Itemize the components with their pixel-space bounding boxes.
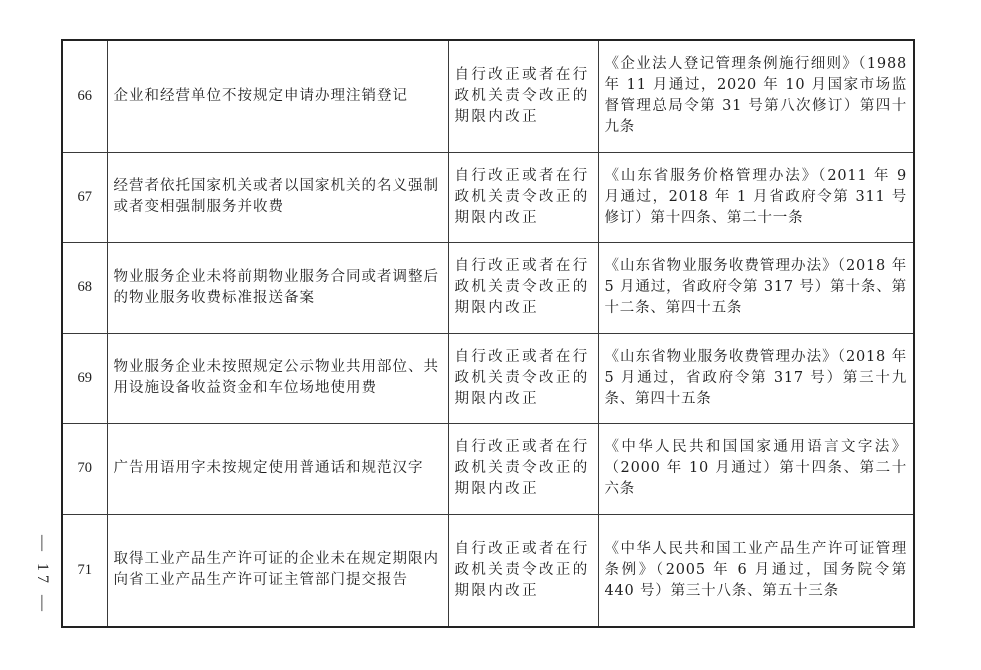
page-number-label: — 17 —: [33, 535, 51, 615]
legal-basis: 《山东省物业服务收费管理办法》（2018 年 5 月通过，省政府令第 317 号…: [598, 242, 914, 333]
correction-mode: 自行改正或者在行政机关责令改正的期限内改正: [448, 333, 598, 423]
violation-description: 企业和经营单位不按规定申请办理注销登记: [107, 40, 448, 152]
legal-basis: 《山东省物业服务收费管理办法》（2018 年 5 月通过，省政府令第 317 号…: [598, 333, 914, 423]
violation-description: 物业服务企业未按照规定公示物业共用部位、共用设施设备收益资金和车位场地使用费: [107, 333, 448, 423]
row-number: 67: [62, 152, 107, 242]
table-row: 71 取得工业产品生产许可证的企业未在规定期限内向省工业产品生产许可证主管部门提…: [62, 514, 914, 627]
correction-mode: 自行改正或者在行政机关责令改正的期限内改正: [448, 423, 598, 514]
row-number: 69: [62, 333, 107, 423]
row-number: 70: [62, 423, 107, 514]
violation-description: 物业服务企业未将前期物业服务合同或者调整后的物业服务收费标准报送备案: [107, 242, 448, 333]
legal-basis: 《山东省服务价格管理办法》（2011 年 9 月通过，2018 年 1 月省政府…: [598, 152, 914, 242]
correction-mode: 自行改正或者在行政机关责令改正的期限内改正: [448, 40, 598, 152]
legal-basis: 《企业法人登记管理条例施行细则》（1988 年 11 月通过，2020 年 10…: [598, 40, 914, 152]
table-row: 66 企业和经营单位不按规定申请办理注销登记 自行改正或者在行政机关责令改正的期…: [62, 40, 914, 152]
row-number: 68: [62, 242, 107, 333]
correction-mode: 自行改正或者在行政机关责令改正的期限内改正: [448, 514, 598, 627]
violation-description: 经营者依托国家机关或者以国家机关的名义强制或者变相强制服务并收费: [107, 152, 448, 242]
table-row: 70 广告用语用字未按规定使用普通话和规范汉字 自行改正或者在行政机关责令改正的…: [62, 423, 914, 514]
page-number: — 17 —: [22, 540, 62, 610]
legal-basis: 《中华人民共和国国家通用语言文字法》（2000 年 10 月通过）第十四条、第二…: [598, 423, 914, 514]
legal-basis: 《中华人民共和国工业产品生产许可证管理条例》（2005 年 6 月通过，国务院令…: [598, 514, 914, 627]
correction-mode: 自行改正或者在行政机关责令改正的期限内改正: [448, 152, 598, 242]
table-row: 69 物业服务企业未按照规定公示物业共用部位、共用设施设备收益资金和车位场地使用…: [62, 333, 914, 423]
violations-table: 66 企业和经营单位不按规定申请办理注销登记 自行改正或者在行政机关责令改正的期…: [61, 39, 915, 628]
row-number: 71: [62, 514, 107, 627]
violation-description: 取得工业产品生产许可证的企业未在规定期限内向省工业产品生产许可证主管部门提交报告: [107, 514, 448, 627]
table-row: 68 物业服务企业未将前期物业服务合同或者调整后的物业服务收费标准报送备案 自行…: [62, 242, 914, 333]
table-row: 67 经营者依托国家机关或者以国家机关的名义强制或者变相强制服务并收费 自行改正…: [62, 152, 914, 242]
row-number: 66: [62, 40, 107, 152]
violation-description: 广告用语用字未按规定使用普通话和规范汉字: [107, 423, 448, 514]
correction-mode: 自行改正或者在行政机关责令改正的期限内改正: [448, 242, 598, 333]
